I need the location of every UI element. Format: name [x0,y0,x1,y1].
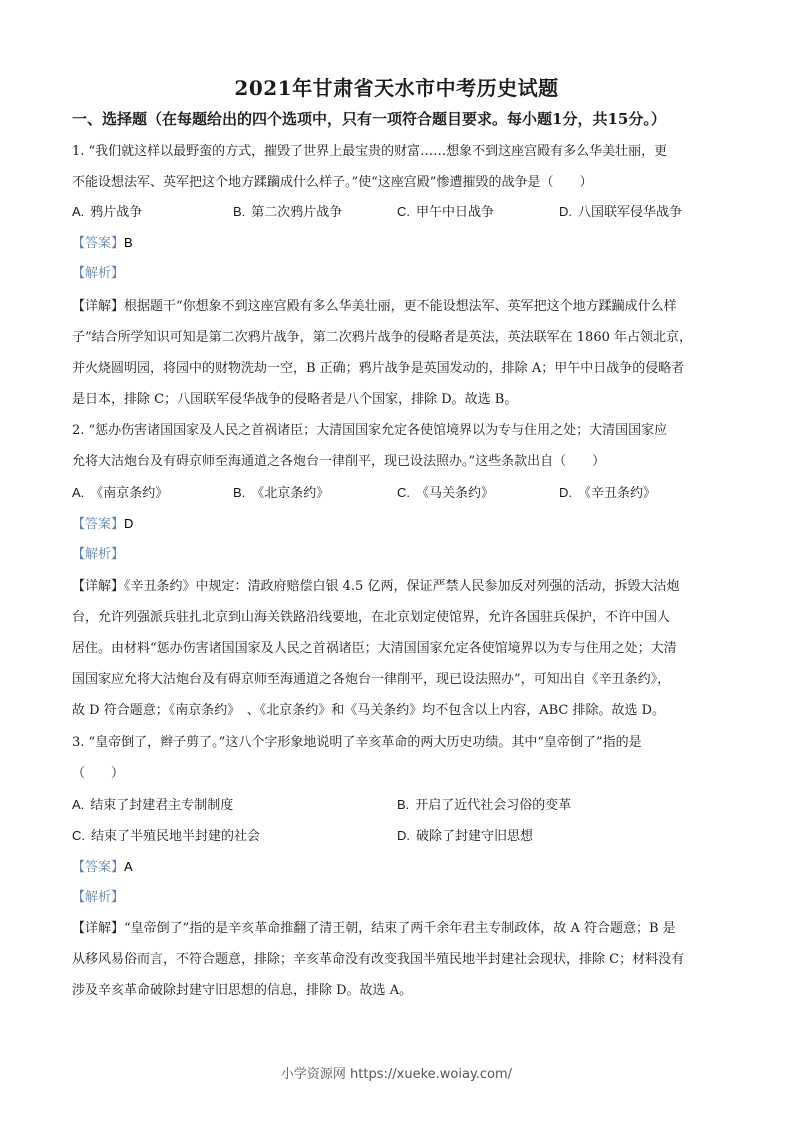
option-label: B. [233,485,245,500]
question-2-option-b: B.《北京条约》 [233,484,329,503]
page-title: 2021年甘肃省天水市中考历史试题 [0,72,793,101]
option-text: 破除了封建守旧思想 [416,829,533,844]
detail-text: “皇帝倒了”指的是辛亥革命推翻了清王朝，结束了两千余年君主专制政体，故 A 符合… [124,921,676,936]
question-2-option-d: D.《辛丑条约》 [559,484,656,503]
option-label: A. [72,204,84,219]
option-label: D. [559,204,572,219]
option-label: A. [72,485,84,500]
option-text: 鸦片战争 [90,205,142,220]
option-text: 《北京条约》 [251,486,329,501]
answer-tag: 【答案】 [72,236,124,251]
question-2-detail-line-4: 国国家应允将大沽炮台及有碍京师至海通道之各炮台一律削平，现已设法照办”，可知出自… [72,671,722,689]
option-label: D. [559,485,572,500]
question-3-detail-line-3: 涉及辛亥革命破除封建守旧思想的信息，排除 D。故选 A。 [72,982,722,1000]
question-1-stem-line-2: 不能设想法军、英军把这个地方蹂躏成什么样子。”使“这座宫殿”惨遭摧毁的战争是（ … [72,174,722,192]
question-1-detail-line-4: 是日本，排除 C；八国联军侵华战争的侵略者是八个国家，排除 D。故选 B。 [72,391,722,409]
question-2-answer: 【答案】D [72,515,722,534]
answer-tag: 【答案】 [72,517,124,532]
option-text: 甲午中日战争 [416,205,494,220]
question-3-stem-line-1: 3. “皇帝倒了，辫子剪了。”这八个字形象地说明了辛亥革命的两大历史功绩。其中“… [72,734,722,752]
question-2-option-c: C.《马关条约》 [397,484,494,503]
option-text: 《南京条约》 [90,486,168,501]
question-2-option-a: A.《南京条约》 [72,484,168,503]
detail-tag: 【详解】 [72,299,124,314]
option-text: 结束了封建君主专制制度 [90,798,233,813]
question-1-option-d: D.八国联军侵华战争 [559,203,682,222]
question-1-detail-line-3: 并火烧圆明园，将园中的财物洗劫一空，B 正确；鸦片战争是英国发动的，排除 A；甲… [72,360,722,378]
analysis-tag: 【解析】 [72,547,124,562]
question-3-option-d: D.破除了封建守旧思想 [397,827,533,846]
question-3-option-c: C.结束了半殖民地半封建的社会 [72,827,260,846]
option-text: 开启了近代社会习俗的变革 [415,798,571,813]
question-3-detail-line-2: 从移风易俗而言，不符合题意，排除；辛亥革命没有改变我国半殖民地半封建社会现状，排… [72,951,722,969]
answer-value: D [124,516,133,531]
question-1-stem-line-1: 1. “我们就这样以最野蛮的方式，摧毁了世界上最宝贵的财富……想象不到这座宫殿有… [72,143,722,161]
question-3-option-b: B.开启了近代社会习俗的变革 [397,796,571,815]
option-text: 《马关条约》 [416,486,494,501]
answer-tag: 【答案】 [72,860,124,875]
question-2-analysis: 【解析】 [72,546,722,564]
question-2-stem-line-2: 允将大沽炮台及有碍京师至海通道之各炮台一律削平，现已设法照办。”这些条款出自（ … [72,453,722,471]
analysis-tag: 【解析】 [72,266,124,281]
question-1-analysis: 【解析】 [72,265,722,283]
question-3-stem-line-2: （ ） [72,765,722,783]
footer-watermark: 小学资源网 https://xueke.woiay.com/ [0,1063,793,1082]
option-label: B. [397,797,409,812]
question-2-detail-line-2: 台，允许列强派兵驻扎北京到山海关铁路沿线要地，在北京划定使馆界，允许各国驻兵保护… [72,609,722,627]
option-label: C. [72,828,85,843]
answer-value: B [124,235,133,250]
question-2-detail-line-5: 故 D 符合题意；《南京条约》 、《北京条约》和《马关条约》均不包含以上内容，A… [72,702,722,720]
question-1-answer: 【答案】B [72,234,722,253]
question-2-stem-line-1: 2. “惩办伤害诸国国家及人民之首祸诸臣；大清国国家允定各使馆境界以为专与住用之… [72,422,722,440]
option-label: A. [72,797,84,812]
section-heading: 一、选择题（在每题给出的四个选项中，只有一项符合题目要求。每小题1分，共15分。… [72,108,666,129]
question-1-detail-line-2: 子”结合所学知识可知是第二次鸦片战争，第二次鸦片战争的侵略者是英法，英法联军在 … [72,329,722,347]
question-2-detail-line-1: 【详解】《辛丑条约》中规定：清政府赔偿白银 4.5 亿两，保证严禁人民参加反对列… [72,578,722,596]
detail-tag: 【详解】 [72,921,124,936]
option-text: 八国联军侵华战争 [578,205,682,220]
question-1-option-b: B.第二次鸦片战争 [233,203,342,222]
analysis-tag: 【解析】 [72,890,124,905]
option-label: C. [397,204,410,219]
option-label: B. [233,204,245,219]
question-1-detail-line-1: 【详解】根据题干“你想象不到这座宫殿有多么华美壮丽，更不能设想法军、英军把这个地… [72,298,722,316]
option-label: D. [397,828,410,843]
option-text: 第二次鸦片战争 [251,205,342,220]
detail-tag: 【详解】 [72,579,124,594]
detail-text: 根据题干“你想象不到这座宫殿有多么华美壮丽，更不能设想法军、英军把这个地方蹂躏成… [124,299,677,314]
answer-value: A [124,859,133,874]
option-text: 结束了半殖民地半封建的社会 [91,829,260,844]
question-3-answer: 【答案】A [72,858,722,877]
question-1-option-a: A.鸦片战争 [72,203,142,222]
exam-page: 2021年甘肃省天水市中考历史试题 一、选择题（在每题给出的四个选项中，只有一项… [0,0,793,1122]
question-2-detail-line-3: 居住。由材料“惩办伤害诸国国家及人民之首祸诸臣；大清国国家允定各使馆境界以为专与… [72,640,722,658]
question-1-option-c: C.甲午中日战争 [397,203,494,222]
detail-text: 《辛丑条约》中规定：清政府赔偿白银 4.5 亿两，保证严禁人民参加反对列强的活动… [124,579,679,594]
option-text: 《辛丑条约》 [578,486,656,501]
question-3-detail-line-1: 【详解】“皇帝倒了”指的是辛亥革命推翻了清王朝，结束了两千余年君主专制政体，故 … [72,920,722,938]
option-label: C. [397,485,410,500]
question-3-option-a: A.结束了封建君主专制制度 [72,796,233,815]
question-3-analysis: 【解析】 [72,889,722,907]
